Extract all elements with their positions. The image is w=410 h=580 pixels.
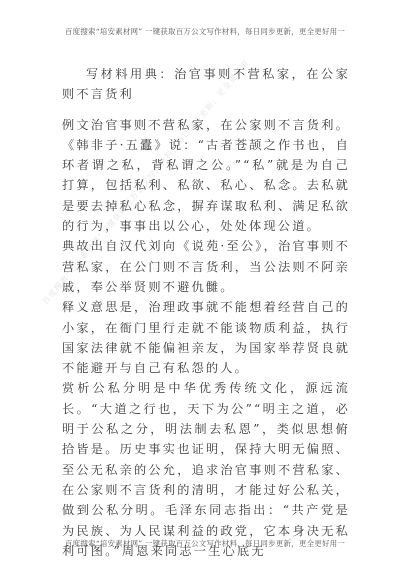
meaning-paragraph: 释义意思是，治理政事就不能想着经营自己的小家，在衙门里行走就不能谈物质利益，执行… — [62, 297, 350, 378]
example-paragraph: 例文治官事则不营私家，在公家则不言货利。《韩非子·五蠹》说：“古者苍颉之作书也，… — [62, 115, 350, 237]
title-paragraph: 写材料用典：治官事则不营私家，在公家则不言货利 — [62, 64, 350, 105]
source-paragraph: 典故出自汉代刘向《说苑·至公》，治官事则不营私家，在公门则不言货利，当公法则不阿… — [62, 236, 350, 297]
analysis-paragraph: 赏析公私分明是中华优秀传统文化，源远流长。“大道之行也，天下为公”“明主之道，必… — [62, 378, 350, 561]
document-body: 写材料用典：治官事则不营私家，在公家则不言货利 例文治官事则不营私家，在公家则不… — [62, 64, 350, 561]
page-footer-banner: 百度搜索“培安素材网” 一键获取百万公文写作材料，每日同步更新，更全更好用一 — [0, 538, 410, 549]
page-header-banner: 百度搜索“培安素材网” 一键获取百万公文写作材料，每日同步更新，更全更好用一 — [0, 26, 410, 37]
